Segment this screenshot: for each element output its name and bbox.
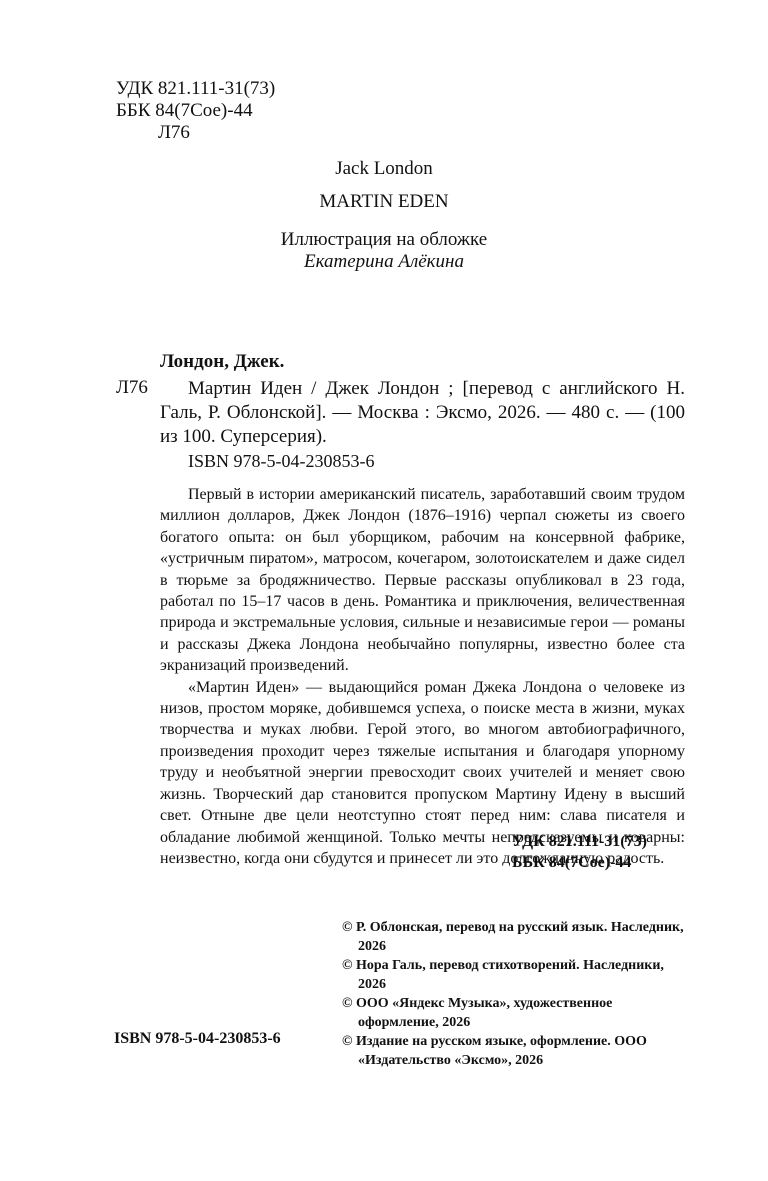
illustration-artist: Екатерина Алёкина xyxy=(0,251,768,273)
bibliographic-heading: Лондон, Джек. xyxy=(160,351,284,373)
bibliographic-description-text: Мартин Иден / Джек Лондон ; [перевод с а… xyxy=(160,377,685,449)
annotation: Первый в истории американский писатель, … xyxy=(160,484,685,869)
isbn-bibliographic: ISBN 978-5-04-230853-6 xyxy=(188,451,375,472)
bbk-code: ББК 84(7Сое)-44 xyxy=(116,100,275,122)
original-author: Jack London xyxy=(0,158,768,180)
udk-code: УДК 821.111-31(73) xyxy=(512,831,647,852)
author-mark: Л76 xyxy=(116,122,275,144)
isbn-bottom: ISBN 978-5-04-230853-6 xyxy=(114,1030,281,1048)
copyright-item: © Издание на русском языке, оформление. … xyxy=(342,1032,687,1070)
bibliographic-description: Мартин Иден / Джек Лондон ; [перевод с а… xyxy=(160,377,685,449)
bibliographic-author-mark: Л76 xyxy=(116,377,148,399)
catalog-index-bottom: УДК 821.111-31(73) ББК 84(7Сое)-44 xyxy=(512,831,647,873)
udk-code: УДК 821.111-31(73) xyxy=(116,78,275,100)
copyright-item: © Р. Облонская, перевод на русский язык.… xyxy=(342,918,687,956)
original-title: MARTIN EDEN xyxy=(0,191,768,213)
annotation-paragraph: Первый в истории американский писатель, … xyxy=(160,484,685,677)
catalog-index-top: УДК 821.111-31(73) ББК 84(7Сое)-44 Л76 xyxy=(116,78,275,144)
copyright-notices: © Р. Облонская, перевод на русский язык.… xyxy=(342,918,687,1070)
bbk-code: ББК 84(7Сое)-44 xyxy=(512,852,647,873)
copyright-item: © Нора Галь, перевод стихотворений. Насл… xyxy=(342,956,687,994)
illustration-label: Иллюстрация на обложке xyxy=(0,229,768,251)
copyright-item: © ООО «Яндекс Музыка», художественное оф… xyxy=(342,994,687,1032)
